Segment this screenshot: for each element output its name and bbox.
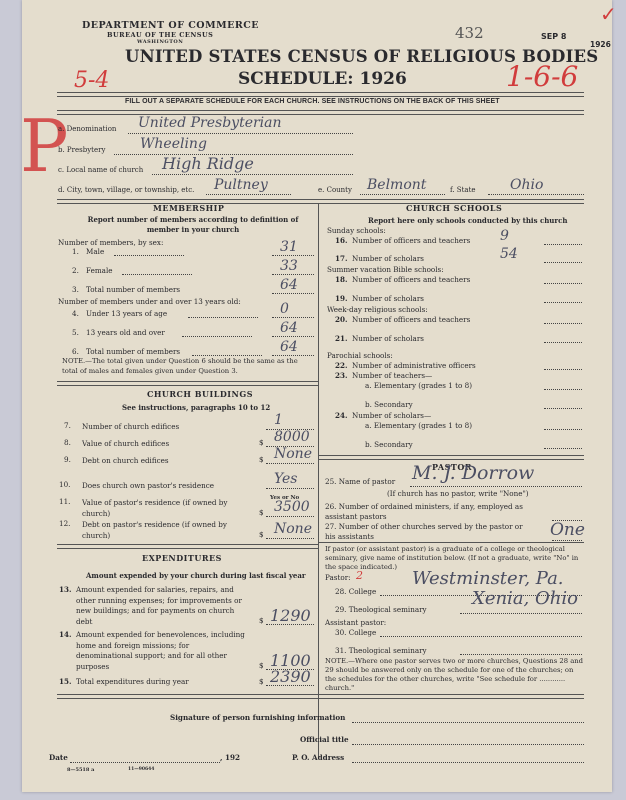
school-answer[interactable]: 9	[500, 228, 509, 244]
membership-question-label: 13 years old and over	[86, 328, 165, 337]
membership-question-number: 5.	[72, 328, 79, 337]
building-answer-line[interactable]	[266, 462, 314, 464]
denomination-value[interactable]: United Presbyterian	[138, 115, 282, 131]
schools-heading: CHURCH SCHOOLS	[406, 203, 502, 213]
expenditure-answer[interactable]: 2390	[270, 667, 311, 686]
local-name-label: c. Local name of church	[58, 166, 143, 174]
stamp-year: 1926	[590, 40, 611, 49]
pastor-none-hint: (If church has no pastor, write "None")	[387, 489, 529, 498]
membership-leader	[122, 273, 192, 275]
county-label: e. County	[318, 186, 352, 194]
building-answer-line[interactable]	[266, 515, 314, 517]
pastor-note: NOTE.—Where one pastor serves two or mor…	[325, 657, 583, 693]
school-answer-line[interactable]	[544, 341, 582, 343]
instruction-line: FILL OUT A SEPARATE SCHEDULE FOR EACH CH…	[125, 98, 500, 105]
county-value[interactable]: Belmont	[367, 177, 426, 193]
buildings-rule	[57, 544, 318, 549]
building-question-number: 11.	[59, 497, 70, 506]
state-line[interactable]	[488, 193, 584, 195]
expenditure-question-label: Total expenditures during year	[76, 677, 246, 688]
seminary-value[interactable]: Xenia, Ohio	[472, 588, 578, 609]
presbytery-label: b. Presbytery	[58, 146, 105, 154]
school-answer-line[interactable]	[544, 447, 582, 449]
department-heading: DEPARTMENT OF COMMERCE	[82, 20, 259, 31]
stamp-number: 432	[455, 24, 484, 42]
school-question-label: b. Secondary	[365, 400, 413, 409]
official-title-line[interactable]	[352, 743, 584, 745]
signature-label: Signature of person furnishing informati…	[170, 713, 345, 722]
school-question-label: Number of officers and teachers	[352, 315, 470, 324]
dollar-sign: $	[259, 661, 264, 670]
official-title-label: Official title	[300, 735, 349, 744]
city-line[interactable]	[206, 193, 291, 195]
signature-line[interactable]	[352, 721, 584, 723]
local-name-value[interactable]: High Ridge	[162, 154, 254, 173]
school-answer-line[interactable]	[544, 301, 582, 303]
summer-schools-label: Summer vacation Bible schools:	[327, 265, 444, 274]
membership-leader	[182, 335, 252, 337]
school-answer-line[interactable]	[544, 368, 582, 370]
school-question-number: 16.	[335, 236, 348, 245]
checkmark-icon: ✓	[600, 2, 617, 26]
building-question-label: Number of church edifices	[82, 421, 272, 432]
membership-heading: MEMBERSHIP	[153, 203, 224, 213]
membership-leader	[114, 254, 184, 256]
membership-question-label: Total number of members	[86, 285, 180, 294]
date-label: Date	[49, 753, 68, 762]
school-question-label: a. Elementary (grades 1 to 8)	[365, 381, 472, 390]
school-question-label: Number of officers and teachers	[352, 236, 470, 245]
po-address-label: P. O. Address	[292, 753, 344, 762]
school-question-number: 21.	[335, 334, 348, 343]
expenditures-heading: EXPENDITURES	[142, 553, 222, 563]
school-question-label: Number of administrative officers	[352, 361, 476, 370]
membership-answer[interactable]: 0	[280, 301, 289, 317]
school-question-label: a. Elementary (grades 1 to 8)	[365, 421, 472, 430]
school-question-number: 17.	[335, 254, 348, 263]
expenditure-question-label: Amount expended for salaries, repairs, a…	[76, 585, 246, 627]
membership-subtitle: Report number of members according to de…	[78, 215, 308, 235]
pastor-label: Pastor:	[325, 573, 351, 582]
presbytery-value[interactable]: Wheeling	[140, 136, 207, 152]
school-question-label: Number of teachers—	[352, 371, 432, 380]
buildings-heading: CHURCH BUILDINGS	[147, 389, 253, 399]
header-rule-top	[57, 92, 584, 97]
membership-answer[interactable]: 64	[280, 320, 298, 336]
building-question-label: Debt on pastor's residence (if owned by …	[82, 519, 232, 541]
footer-rule	[57, 694, 584, 699]
school-answer-line[interactable]	[544, 261, 582, 263]
college-value[interactable]: Westminster, Pa.	[412, 568, 564, 589]
membership-question-number: 2.	[72, 266, 79, 275]
school-question-label: Number of officers and teachers	[352, 275, 470, 284]
membership-question-label: Male	[86, 247, 104, 256]
school-answer[interactable]: 54	[500, 246, 518, 262]
membership-question-label: Total number of members	[86, 347, 180, 356]
pastor-mark: 2	[356, 569, 363, 582]
column-divider	[318, 204, 319, 759]
membership-answer[interactable]: 31	[280, 239, 298, 255]
sunday-schools-label: Sunday schools:	[327, 226, 386, 235]
county-line[interactable]	[360, 193, 445, 195]
buildings-subtitle: See instructions, paragraphs 10 to 12	[122, 403, 270, 412]
expenditure-question-number: 15.	[59, 677, 72, 686]
membership-question-number: 4.	[72, 309, 79, 318]
members-by-sex-label: Number of members, by sex:	[58, 238, 163, 247]
school-question-number: 20.	[335, 315, 348, 324]
schools-rule	[318, 455, 584, 460]
bureau-heading: BUREAU OF THE CENSUS	[107, 31, 213, 39]
school-answer-line[interactable]	[544, 388, 582, 390]
school-question-number: 19.	[335, 294, 348, 303]
membership-question-label: Under 13 years of age	[86, 309, 167, 318]
building-question-label: Value of pastor's residence (if owned by…	[82, 497, 232, 519]
school-question-number: 24.	[335, 411, 348, 420]
building-answer-line[interactable]	[266, 537, 314, 539]
parochial-schools-label: Parochial schools:	[327, 351, 393, 360]
building-question-label: Does church own pastor's residence	[82, 480, 272, 491]
other-churches-value[interactable]: One	[550, 520, 585, 540]
building-question-label: Value of church edifices	[82, 438, 272, 449]
school-question-number: 18.	[335, 275, 348, 284]
expenditures-subtitle: Amount expended by your church during la…	[86, 571, 306, 580]
section-rule	[57, 199, 584, 204]
form-code: 8—5518 a	[67, 767, 94, 773]
assistant-pastor-label: Assistant pastor:	[325, 618, 386, 627]
building-answer[interactable]: None	[274, 446, 312, 462]
building-question-number: 9.	[64, 455, 71, 464]
school-question-label: Number of scholars	[352, 254, 424, 263]
school-question-label: Number of scholars	[352, 334, 424, 343]
building-question-number: 10.	[59, 480, 70, 489]
seminary-label: 29. Theological seminary	[335, 605, 427, 614]
members-under-over-label: Number of members under and over 13 year…	[58, 297, 241, 306]
expenditure-question-number: 14.	[59, 630, 72, 639]
building-answer[interactable]: None	[274, 521, 312, 537]
assistant-seminary-line[interactable]	[460, 653, 582, 655]
building-answer[interactable]: Yes	[274, 471, 298, 487]
membership-question-number: 6.	[72, 347, 79, 356]
school-answer-line[interactable]	[544, 407, 582, 409]
pastor-name-value[interactable]: M. J. Dorrow	[412, 462, 534, 484]
header-rule-bottom	[57, 110, 584, 115]
pastor-name-line[interactable]	[410, 485, 582, 487]
assistant-pastors-label: 26. Number of ordained ministers, if any…	[325, 502, 535, 522]
denomination-label: a. Denomination	[58, 125, 116, 133]
weekday-schools-label: Week-day religious schools:	[327, 305, 428, 314]
college-label: 28. College	[335, 587, 376, 596]
print-code: 11—90644	[128, 767, 154, 772]
dollar-sign: $	[259, 616, 264, 625]
assistant-college-label: 30. College	[335, 628, 376, 637]
po-address-line[interactable]	[352, 761, 584, 763]
school-question-label: Number of scholars—	[352, 411, 431, 420]
denomination-line[interactable]	[128, 132, 353, 134]
assistant-college-line[interactable]	[380, 635, 582, 637]
school-question-number: 23.	[335, 371, 348, 380]
assistant-seminary-label: 31. Theological seminary	[335, 646, 427, 655]
membership-note: NOTE.—The total given under Question 6 s…	[62, 356, 312, 376]
expenditure-question-label: Amount expended for benevolences, includ…	[76, 630, 246, 672]
membership-question-number: 3.	[72, 285, 79, 294]
stamp-date: SEP 8	[541, 32, 566, 41]
city-label: d. City, town, village, or township, etc…	[58, 186, 194, 194]
school-question-label: b. Secondary	[365, 440, 413, 449]
pastor-name-label: 25. Name of pastor	[325, 477, 395, 486]
membership-answer-line[interactable]	[272, 316, 314, 318]
school-question-label: Number of scholars	[352, 294, 424, 303]
date-line[interactable]	[70, 761, 220, 763]
city-heading: WASHINGTON	[137, 39, 183, 45]
building-answer[interactable]: 1	[274, 412, 283, 428]
city-value[interactable]: Pultney	[214, 177, 268, 193]
dollar-sign: $	[259, 438, 264, 447]
building-answer[interactable]: 3500	[274, 499, 310, 515]
building-answer[interactable]: 8000	[274, 429, 310, 445]
building-question-label: Debt on church edifices	[82, 455, 272, 466]
local-name-line[interactable]	[152, 173, 353, 175]
membership-answer[interactable]: 64	[280, 277, 298, 293]
dollar-sign: $	[259, 530, 264, 539]
school-answer-line[interactable]	[544, 282, 582, 284]
pastor-rule	[318, 542, 584, 543]
membership-answer[interactable]: 64	[280, 339, 298, 355]
building-answer-line[interactable]	[266, 487, 314, 489]
school-answer-line[interactable]	[544, 428, 582, 430]
state-label: f. State	[450, 186, 476, 194]
dollar-sign: $	[259, 508, 264, 517]
dollar-sign: $	[259, 455, 264, 464]
school-answer-line[interactable]	[544, 243, 582, 245]
census-schedule-paper: DEPARTMENT OF COMMERCE BUREAU OF THE CEN…	[22, 0, 612, 792]
dollar-sign: $	[259, 677, 264, 686]
handwritten-right-code: 1-6-6	[506, 60, 578, 93]
expenditure-question-number: 13.	[59, 585, 72, 594]
school-question-number: 22.	[335, 361, 348, 370]
membership-leader	[188, 316, 258, 318]
date-suffix: , 192	[220, 753, 240, 762]
form-subtitle: SCHEDULE: 1926	[238, 69, 407, 89]
membership-leader	[192, 354, 262, 356]
building-question-number: 12.	[59, 519, 70, 528]
school-answer-line[interactable]	[544, 322, 582, 324]
handwritten-left-code: 5-4	[74, 68, 109, 93]
membership-answer[interactable]: 33	[280, 258, 298, 274]
membership-question-label: Female	[86, 266, 113, 275]
membership-question-number: 1.	[72, 247, 79, 256]
membership-rule	[57, 381, 318, 386]
other-churches-label: 27. Number of other churches served by t…	[325, 522, 535, 542]
building-question-number: 7.	[64, 421, 71, 430]
state-value[interactable]: Ohio	[510, 177, 543, 193]
expenditure-answer[interactable]: 1290	[270, 606, 311, 625]
seminary-line[interactable]	[460, 612, 582, 614]
schools-subtitle: Report here only schools conducted by th…	[368, 216, 567, 225]
building-question-number: 8.	[64, 438, 71, 447]
